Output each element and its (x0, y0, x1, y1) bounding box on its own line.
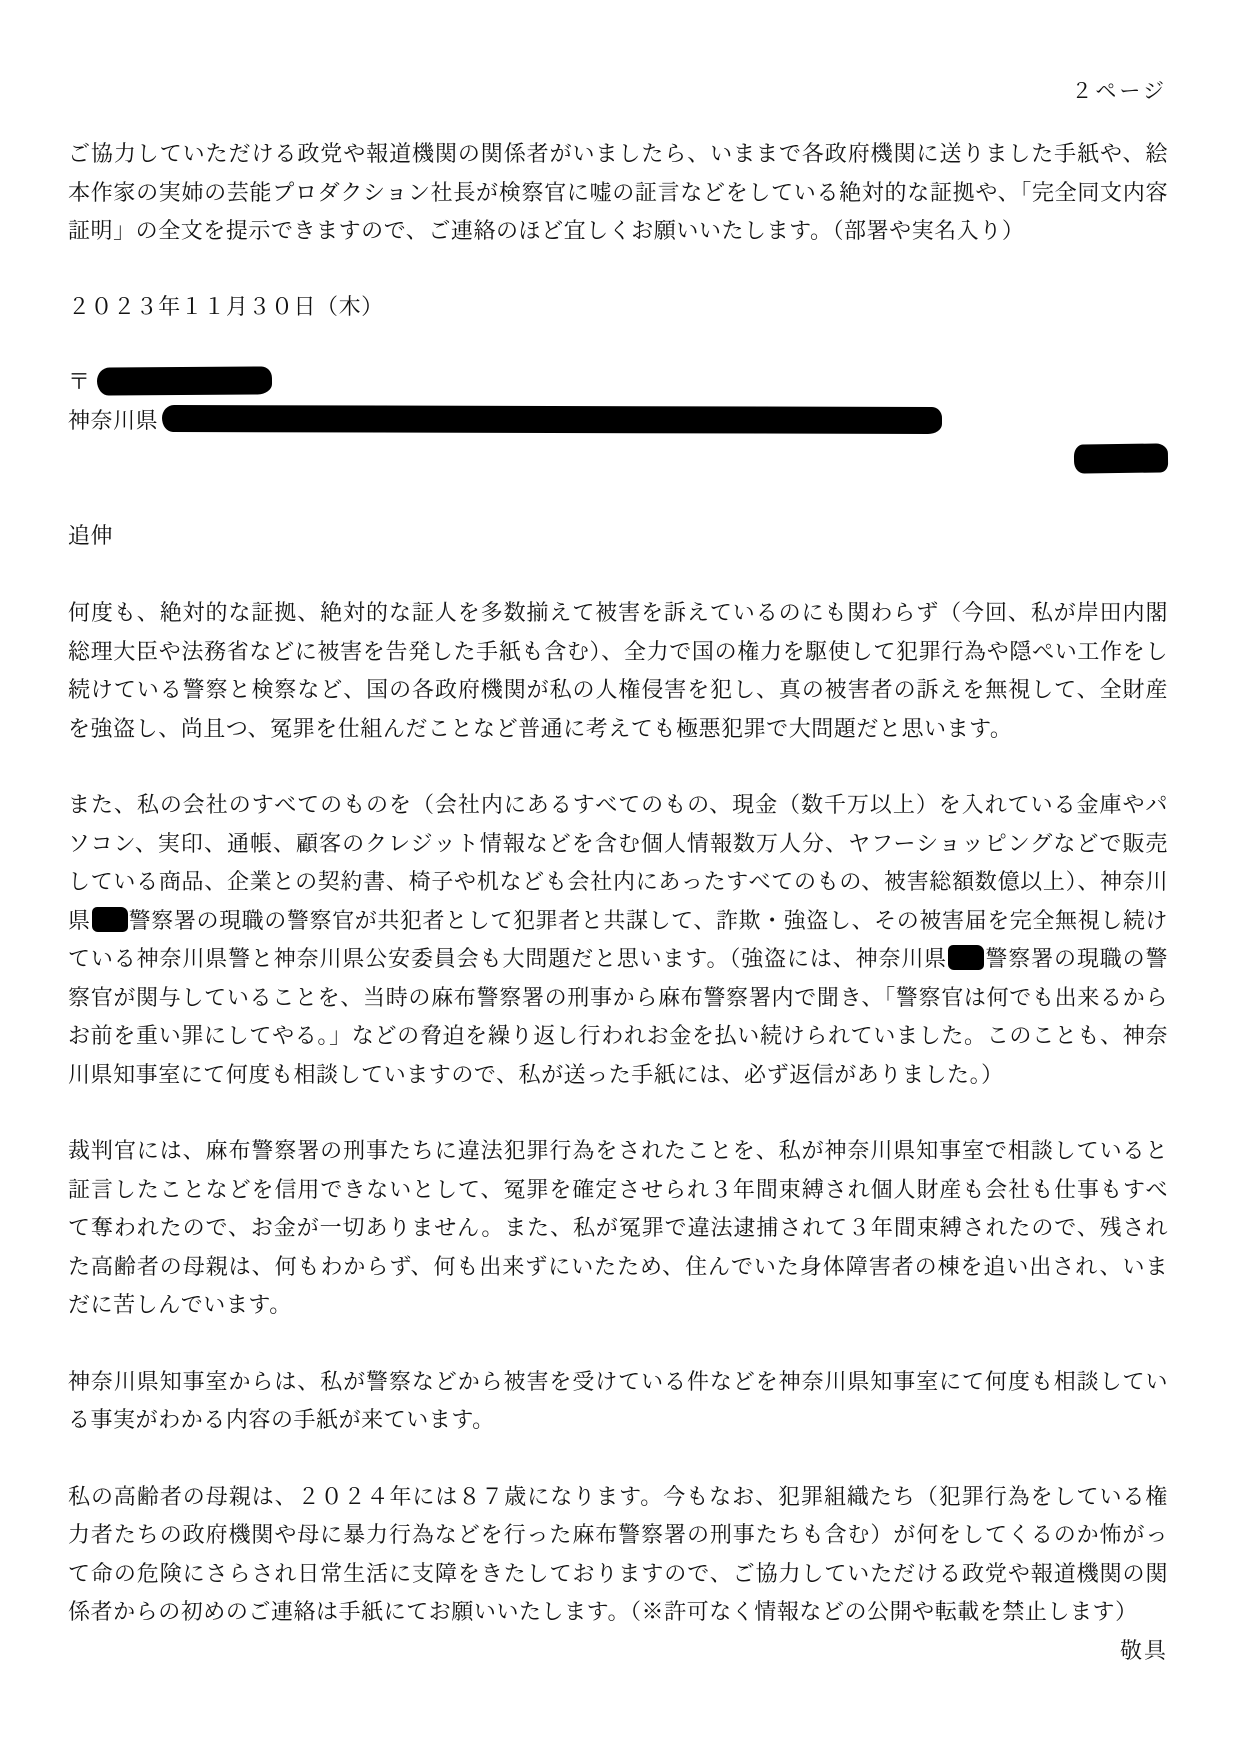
address-redaction-box (162, 404, 942, 433)
paragraph-ignored-complaints: 何度も、絶対的な証拠、絶対的な証人を多数揃えて被害を訴えているのにも関わらず（今… (68, 594, 1168, 748)
postal-mark: 〒 (68, 369, 91, 394)
letter-page: ２ページ ご協力していただける政党や報道機関の関係者がいましたら、いままで各政府… (0, 0, 1241, 1755)
sender-name-redaction-box (1074, 443, 1168, 473)
paragraph-elderly-mother: 私の高齢者の母親は、２０２４年には８７歳になります。今もなお、犯罪組織たち（犯罪… (68, 1478, 1168, 1632)
police-station-redaction-box (92, 907, 128, 932)
date-line: ２０２３年１１月３０日（木） (68, 288, 1168, 327)
address-block: 〒 神奈川県 (0, 363, 1241, 479)
postal-code-line: 〒 (68, 363, 1168, 402)
paragraph-court-verdict: 裁判官には、麻布警察署の刑事たちに違法犯罪行為をされたことを、私が神奈川県知事室… (68, 1132, 1168, 1325)
page-number: ２ページ (0, 72, 1167, 110)
address-line: 神奈川県 (68, 402, 1168, 441)
paragraph-governor-office-letters: 神奈川県知事室からは、私が警察などから被害を受けている件などを神奈川県知事室にて… (68, 1363, 1168, 1440)
sender-name-line (68, 440, 1168, 479)
closing-keigu: 敬具 (68, 1632, 1168, 1671)
paragraph-company-robbery: また、私の会社のすべてのものを（会社内にあるすべてのもの、現金（数千万以上）を入… (68, 786, 1168, 1094)
postal-code-redaction-box (96, 366, 271, 395)
police-station-redaction-box (948, 945, 984, 970)
paragraph-cooperation-request: ご協力していただける政党や報道機関の関係者がいましたら、いままで各政府機関に送り… (68, 135, 1168, 251)
prefecture-label: 神奈川県 (68, 408, 158, 433)
postscript-heading: 追伸 (68, 517, 1168, 556)
